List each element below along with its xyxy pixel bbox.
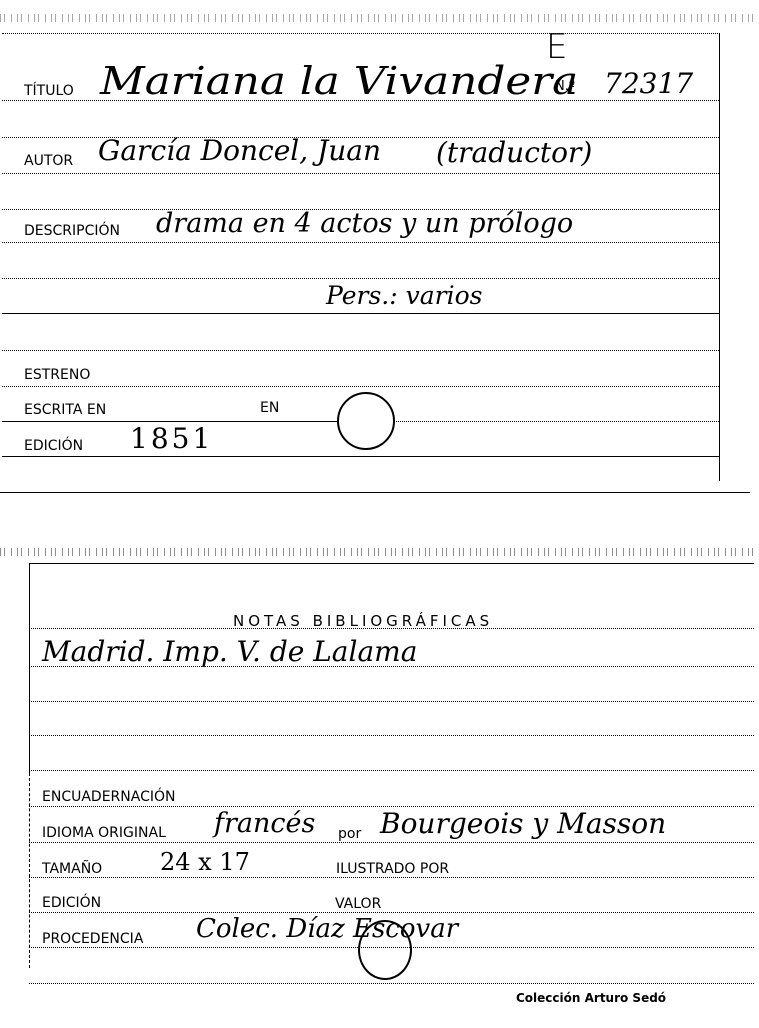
card-back-left-edge <box>29 563 30 773</box>
en-label: EN <box>260 401 279 415</box>
tamano-label: TAMAÑO <box>42 862 102 876</box>
idioma-original-value: francés <box>214 810 315 837</box>
class-mark: E <box>546 30 567 64</box>
rule-line <box>2 173 719 174</box>
rule-line <box>392 421 719 422</box>
rule-line <box>29 983 754 984</box>
numero-value: 72317 <box>604 70 693 98</box>
card-back-top-edge <box>29 563 754 564</box>
rule-line <box>2 456 719 457</box>
por-value: Bourgeois y Masson <box>380 810 666 838</box>
idioma-original-label: IDIOMA ORIGINAL <box>42 826 166 840</box>
procedencia-value: Colec. Díaz Escovar <box>196 916 458 942</box>
rule-line <box>29 701 754 702</box>
autor-note: (traductor) <box>436 139 592 167</box>
rule-line <box>2 242 719 243</box>
valor-label: VALOR <box>335 897 381 911</box>
collection-footer: Colección Arturo Sedó <box>516 991 666 1005</box>
rule-line <box>29 912 754 913</box>
scan-noise-top <box>0 14 759 22</box>
numero-label: N.º <box>555 80 575 93</box>
encuadernacion-label: ENCUADERNACIÓN <box>42 790 175 804</box>
estreno-label: ESTRENO <box>24 368 90 382</box>
page-separator <box>0 492 750 493</box>
edicion-back-label: EDICIÓN <box>42 896 101 910</box>
rule-line <box>29 877 754 878</box>
tamano-value: 24 x 17 <box>160 850 250 874</box>
circle-stamp-icon <box>358 920 412 980</box>
edicion-label: EDICIÓN <box>24 439 83 453</box>
por-label: por <box>338 827 361 841</box>
rule-line <box>29 628 754 629</box>
rule-line <box>2 350 719 351</box>
rule-line <box>29 770 754 771</box>
rule-line <box>29 842 754 843</box>
card-front-top-edge <box>2 33 720 34</box>
rule-line <box>29 735 754 736</box>
rule-line <box>2 386 719 387</box>
autor-label: AUTOR <box>24 154 73 168</box>
descripcion-value: drama en 4 actos y un prólogo <box>156 210 573 237</box>
notes-line-1: Madrid. Imp. V. de Lalama <box>42 638 417 666</box>
scan-noise-bottom <box>0 548 759 556</box>
card-back-left-edge-lower <box>29 773 30 968</box>
ilustrado-por-label: ILUSTRADO POR <box>336 862 449 876</box>
procedencia-label: PROCEDENCIA <box>42 932 143 946</box>
titulo-value: Mariana la Vivandera <box>100 62 578 100</box>
circle-stamp-icon <box>337 392 395 450</box>
autor-value: García Doncel, Juan <box>98 137 381 165</box>
rule-line <box>2 313 719 314</box>
descripcion-label: DESCRIPCIÓN <box>24 224 120 238</box>
card-front-right-edge <box>719 33 720 481</box>
rule-line <box>2 278 719 279</box>
escrita-en-label: ESCRITA EN <box>24 403 106 417</box>
descripcion-continuation: Pers.: varios <box>326 283 482 308</box>
titulo-label: TÍTULO <box>24 84 74 98</box>
edicion-value: 1851 <box>130 425 213 453</box>
